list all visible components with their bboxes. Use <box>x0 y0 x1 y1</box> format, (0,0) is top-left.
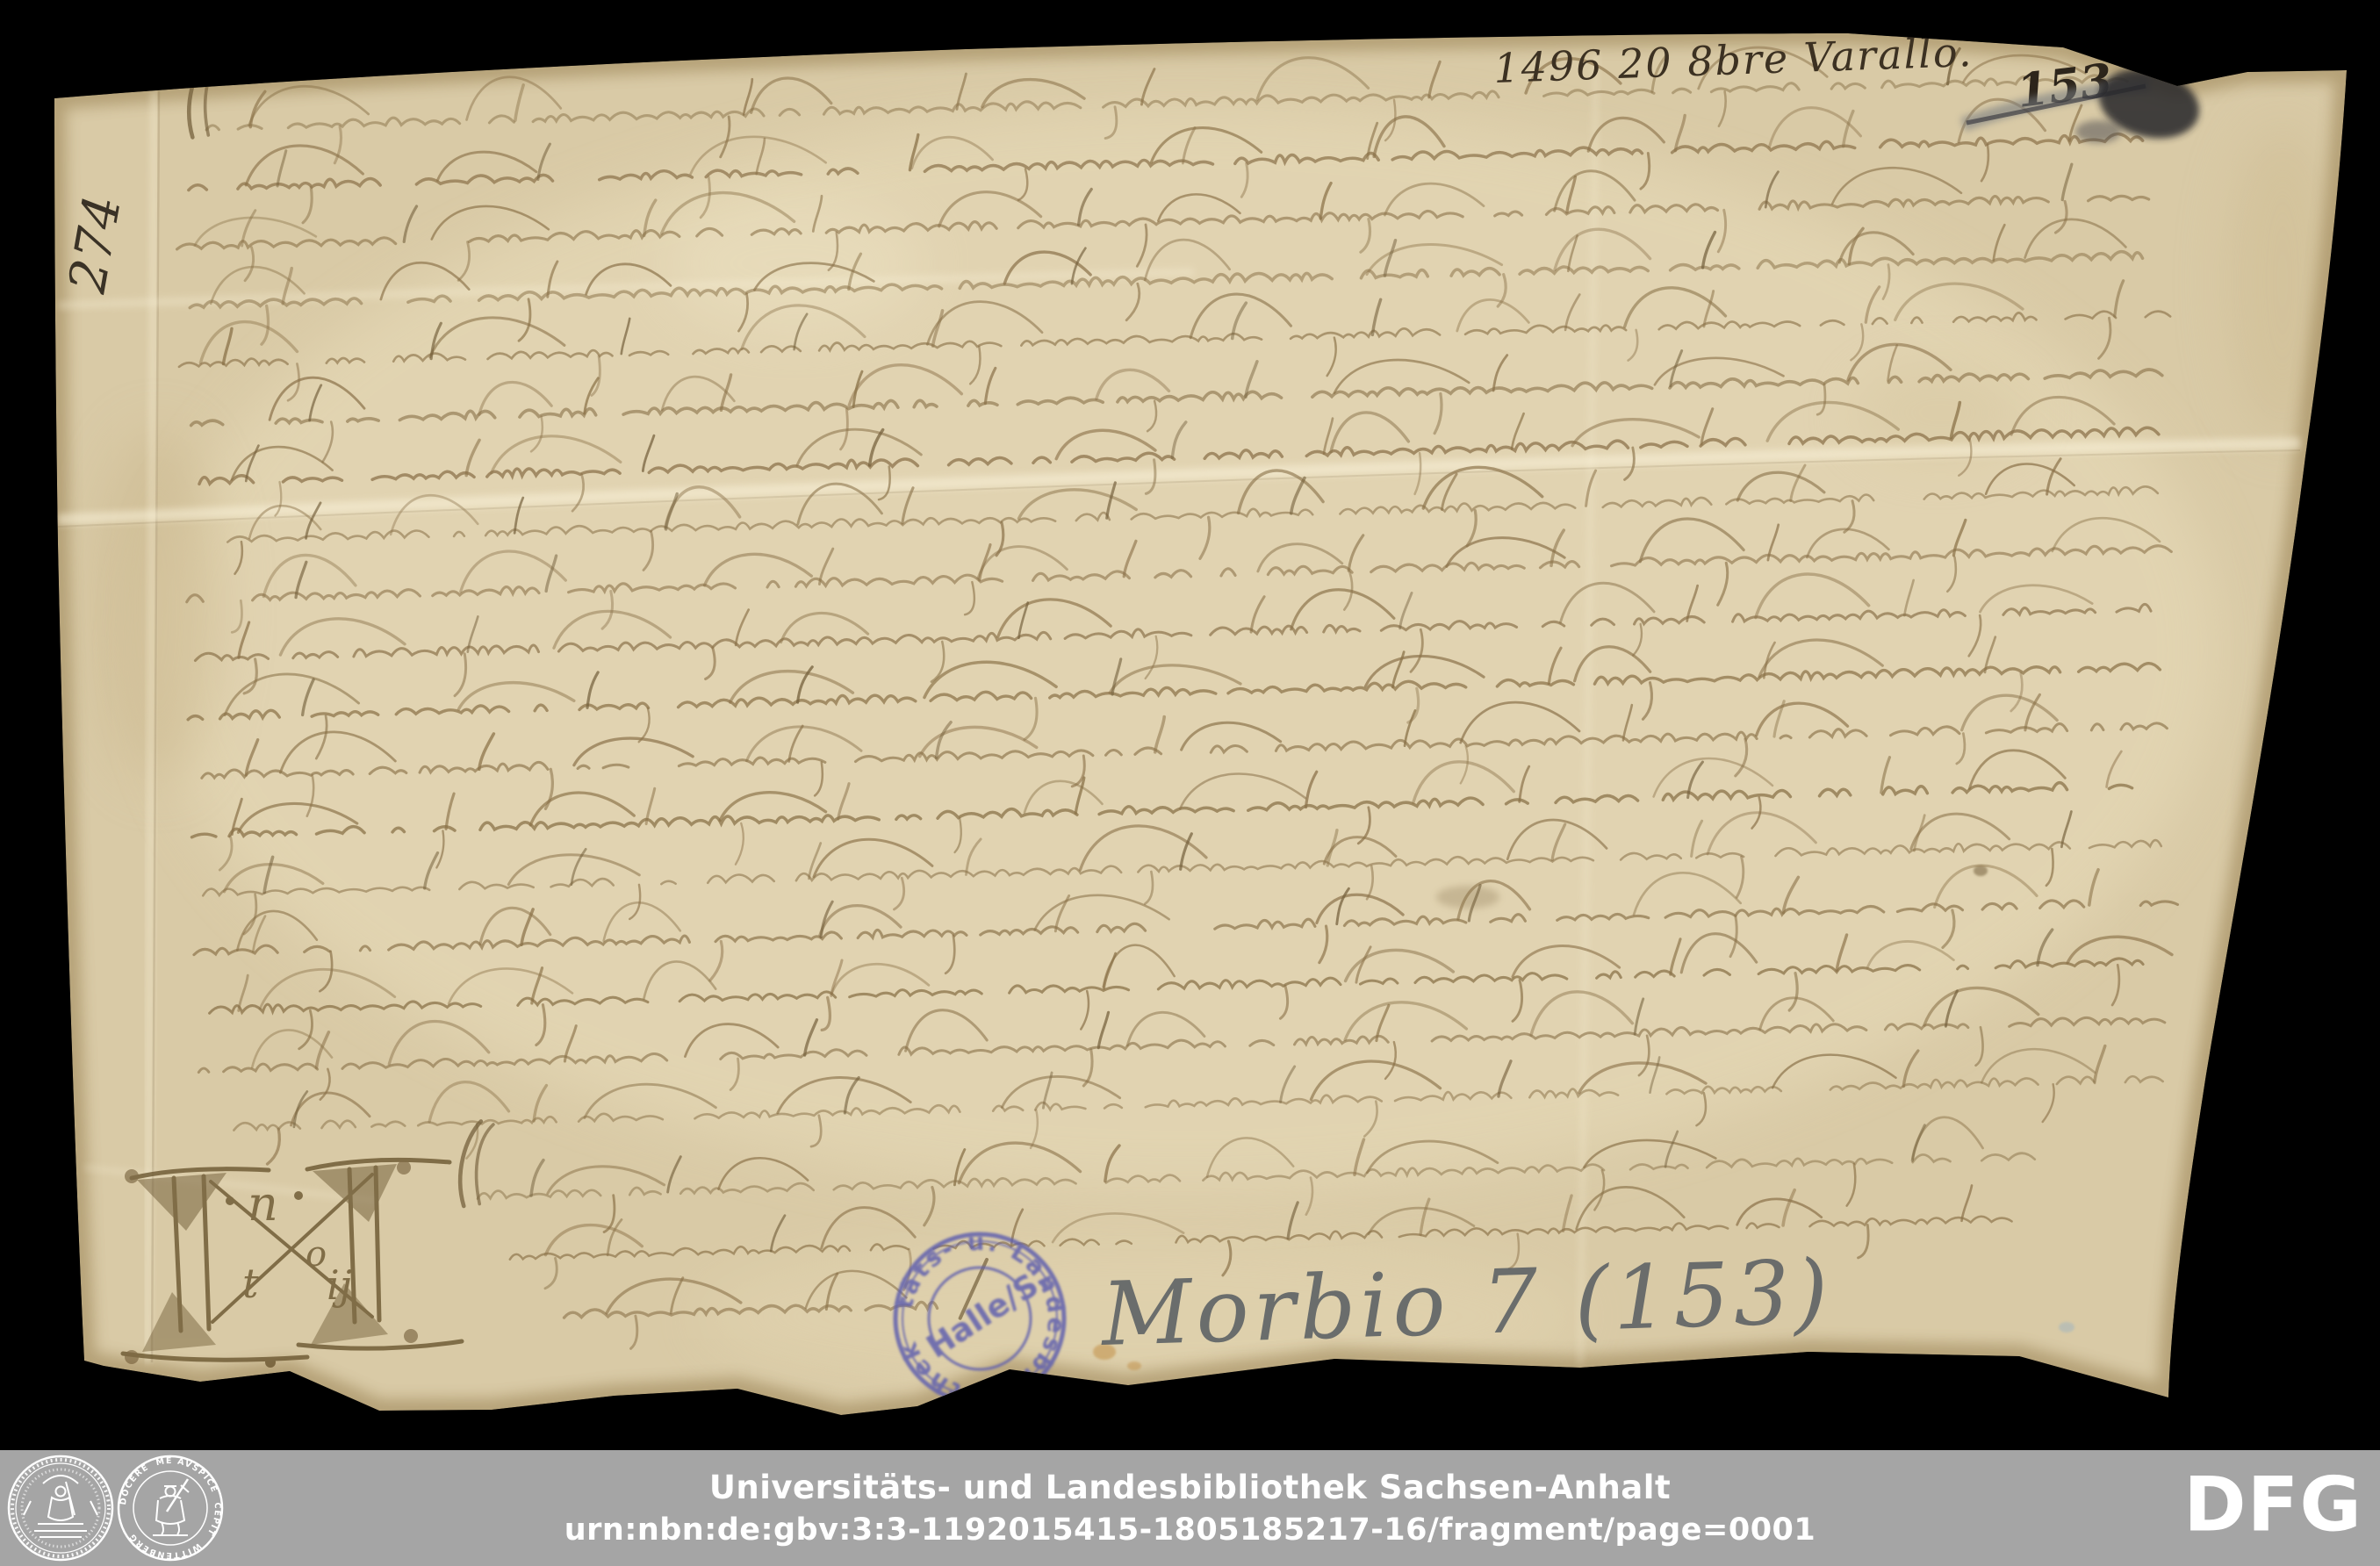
monogram-glyph-t: t <box>242 1260 259 1307</box>
urn-identifier: urn:nbn:de:gbv:3:3-1192015415-1805185217… <box>564 1515 1816 1546</box>
viewer-footer-bar: DOCERE ME AVSPICE CEPIT WITTENBERG Unive… <box>0 1450 2380 1566</box>
document-scan-viewer: n t o ij täts- u. Landesbibliothek Halle… <box>0 0 2380 1566</box>
parchment-scan: n t o ij täts- u. Landesbibliothek Halle… <box>0 0 2380 1457</box>
monogram-glyph-n: n <box>248 1176 278 1232</box>
monogram-glyph-o: o <box>306 1234 327 1275</box>
monogram-glyph-ij: ij <box>327 1261 352 1309</box>
footer-text-block: Universitäts- und Landesbibliothek Sachs… <box>0 1450 2380 1566</box>
institution-name: Universitäts- und Landesbibliothek Sachs… <box>709 1471 1671 1504</box>
dfg-logo: DFG <box>2183 1468 2362 1543</box>
